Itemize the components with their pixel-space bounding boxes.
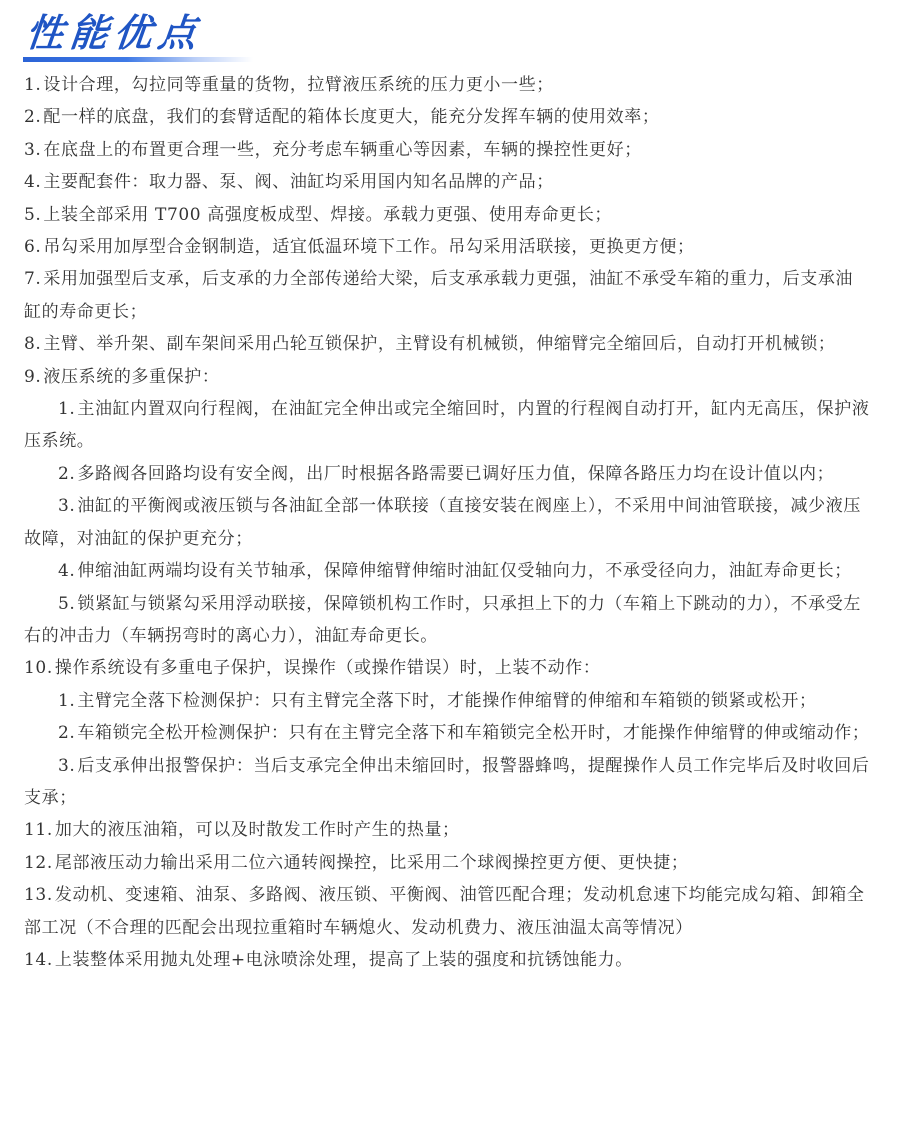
item-text: 操作系统设有多重电子保护，误操作（或操作错误）时，上装不动作： — [55, 658, 601, 678]
item-text: 上装全部采用 T700 高强度板成型、焊接。承载力更强、使用寿命更长； — [43, 205, 612, 225]
item-text: 尾部液压动力输出采用二位六通转阀操控，比采用二个球阀操控更方便、更快捷； — [55, 853, 689, 873]
list-item: 7.采用加强型后支承，后支承的力全部传递给大梁，后支承承载力更强，油缸不承受车箱… — [24, 263, 870, 328]
item-number: 5. — [58, 594, 75, 614]
list-item: 6.吊勾采用加厚型合金钢制造，适宜低温环境下工作。吊勾采用活联接，更换更方便； — [24, 231, 870, 263]
item-number: 4. — [24, 172, 41, 192]
sub-list-item: 3.后支承伸出报警保护：当后支承完全伸出未缩回时，报警器蜂鸣，提醒操作人员工作完… — [24, 750, 870, 815]
item-number: 13. — [24, 885, 53, 905]
item-number: 3. — [58, 496, 75, 516]
item-number: 3. — [24, 140, 41, 160]
title-underline-decoration — [23, 57, 253, 62]
item-number: 10. — [24, 658, 53, 678]
item-text: 加大的液压油箱，可以及时散发工作时产生的热量； — [55, 820, 460, 840]
sub-list-item: 1.主臂完全落下检测保护：只有主臂完全落下时，才能操作伸缩臂的伸缩和车箱锁的锁紧… — [24, 685, 870, 717]
item-number: 1. — [24, 75, 41, 95]
item-number: 5. — [24, 205, 41, 225]
item-text: 车箱锁完全松开检测保护：只有在主臂完全落下和车箱锁完全松开时，才能操作伸缩臂的伸… — [77, 723, 869, 743]
list-item: 9.液压系统的多重保护： — [24, 361, 870, 393]
item-text: 配一样的底盘，我们的套臂适配的箱体长度更大，能充分发挥车辆的使用效率； — [43, 107, 659, 127]
item-text: 主臂完全落下检测保护：只有主臂完全落下时，才能操作伸缩臂的伸缩和车箱锁的锁紧或松… — [77, 691, 816, 711]
list-item: 14.上装整体采用抛丸处理+电泳喷涂处理，提高了上装的强度和抗锈蚀能力。 — [24, 944, 870, 976]
item-number: 11. — [24, 820, 53, 840]
item-text: 伸缩油缸两端均设有关节轴承，保障伸缩臂伸缩时油缸仅受轴向力，不承受径向力，油缸寿… — [77, 561, 851, 581]
item-text: 设计合理，勾拉同等重量的货物，拉臂液压系统的压力更小一些； — [43, 75, 553, 95]
list-item: 4.主要配套件：取力器、泵、阀、油缸均采用国内知名品牌的产品； — [24, 166, 870, 198]
sub-list-item: 1.主油缸内置双向行程阀，在油缸完全伸出或完全缩回时，内置的行程阀自动打开，缸内… — [24, 393, 870, 458]
sub-list-item: 5.锁紧缸与锁紧勾采用浮动联接，保障锁机构工作时，只承担上下的力（车箱上下跳动的… — [24, 588, 870, 653]
list-item: 11.加大的液压油箱，可以及时散发工作时产生的热量； — [24, 814, 870, 846]
item-text: 后支承伸出报警保护：当后支承完全伸出未缩回时，报警器蜂鸣，提醒操作人员工作完毕后… — [24, 756, 869, 808]
sub-list-item: 4.伸缩油缸两端均设有关节轴承，保障伸缩臂伸缩时油缸仅受轴向力，不承受径向力，油… — [24, 555, 870, 587]
list-item: 2.配一样的底盘，我们的套臂适配的箱体长度更大，能充分发挥车辆的使用效率； — [24, 101, 870, 133]
item-number: 4. — [58, 561, 75, 581]
item-text: 多路阀各回路均设有安全阀，出厂时根据各路需要已调好压力值，保障各路压力均在设计值… — [77, 464, 834, 484]
list-item: 13.发动机、变速箱、油泵、多路阀、液压锁、平衡阀、油管匹配合理；发动机怠速下均… — [24, 879, 870, 944]
item-number: 6. — [24, 237, 41, 257]
item-number: 9. — [24, 367, 41, 387]
item-number: 2. — [58, 723, 75, 743]
item-text: 液压系统的多重保护： — [43, 367, 219, 387]
item-text: 油缸的平衡阀或液压锁与各油缸全部一体联接（直接安装在阀座上），不采用中间油管联接… — [24, 496, 861, 548]
sub-list-item: 3.油缸的平衡阀或液压锁与各油缸全部一体联接（直接安装在阀座上），不采用中间油管… — [24, 490, 870, 555]
item-number: 7. — [24, 269, 41, 289]
section-header: 性能优点 — [0, 0, 300, 70]
list-item: 3.在底盘上的布置更合理一些，充分考虑车辆重心等因素，车辆的操控性更好； — [24, 134, 870, 166]
item-number: 2. — [24, 107, 41, 127]
sub-list-item: 2.多路阀各回路均设有安全阀，出厂时根据各路需要已调好压力值，保障各路压力均在设… — [24, 458, 870, 490]
item-text: 采用加强型后支承，后支承的力全部传递给大梁，后支承承载力更强，油缸不承受车箱的重… — [24, 269, 853, 321]
item-number: 8. — [24, 334, 41, 354]
item-text: 发动机、变速箱、油泵、多路阀、液压锁、平衡阀、油管匹配合理；发动机怠速下均能完成… — [24, 885, 864, 937]
sub-list-item: 2.车箱锁完全松开检测保护：只有在主臂完全落下和车箱锁完全松开时，才能操作伸缩臂… — [24, 717, 870, 749]
item-number: 2. — [58, 464, 75, 484]
item-text: 吊勾采用加厚型合金钢制造，适宜低温环境下工作。吊勾采用活联接，更换更方便； — [43, 237, 694, 257]
item-number: 1. — [58, 691, 75, 711]
list-item: 12.尾部液压动力输出采用二位六通转阀操控，比采用二个球阀操控更方便、更快捷； — [24, 847, 870, 879]
item-text: 锁紧缸与锁紧勾采用浮动联接，保障锁机构工作时，只承担上下的力（车箱上下跳动的力）… — [24, 594, 861, 646]
feature-list: 1.设计合理，勾拉同等重量的货物，拉臂液压系统的压力更小一些； 2.配一样的底盘… — [24, 69, 870, 976]
list-item: 10.操作系统设有多重电子保护，误操作（或操作错误）时，上装不动作： — [24, 652, 870, 684]
section-title: 性能优点 — [24, 10, 205, 56]
list-item: 1.设计合理，勾拉同等重量的货物，拉臂液压系统的压力更小一些； — [24, 69, 870, 101]
item-text: 上装整体采用抛丸处理+电泳喷涂处理，提高了上装的强度和抗锈蚀能力。 — [55, 950, 633, 970]
item-number: 12. — [24, 853, 53, 873]
list-item: 8.主臂、举升架、副车架间采用凸轮互锁保护，主臂设有机械锁，伸缩臂完全缩回后，自… — [24, 328, 870, 360]
item-text: 在底盘上的布置更合理一些，充分考虑车辆重心等因素，车辆的操控性更好； — [43, 140, 641, 160]
item-number: 1. — [58, 399, 75, 419]
item-number: 3. — [58, 756, 75, 776]
item-text: 主要配套件：取力器、泵、阀、油缸均采用国内知名品牌的产品； — [43, 172, 553, 192]
item-text: 主臂、举升架、副车架间采用凸轮互锁保护，主臂设有机械锁，伸缩臂完全缩回后，自动打… — [43, 334, 835, 354]
list-item: 5.上装全部采用 T700 高强度板成型、焊接。承载力更强、使用寿命更长； — [24, 199, 870, 231]
item-number: 14. — [24, 950, 53, 970]
item-text: 主油缸内置双向行程阀，在油缸完全伸出或完全缩回时，内置的行程阀自动打开，缸内无高… — [24, 399, 869, 451]
